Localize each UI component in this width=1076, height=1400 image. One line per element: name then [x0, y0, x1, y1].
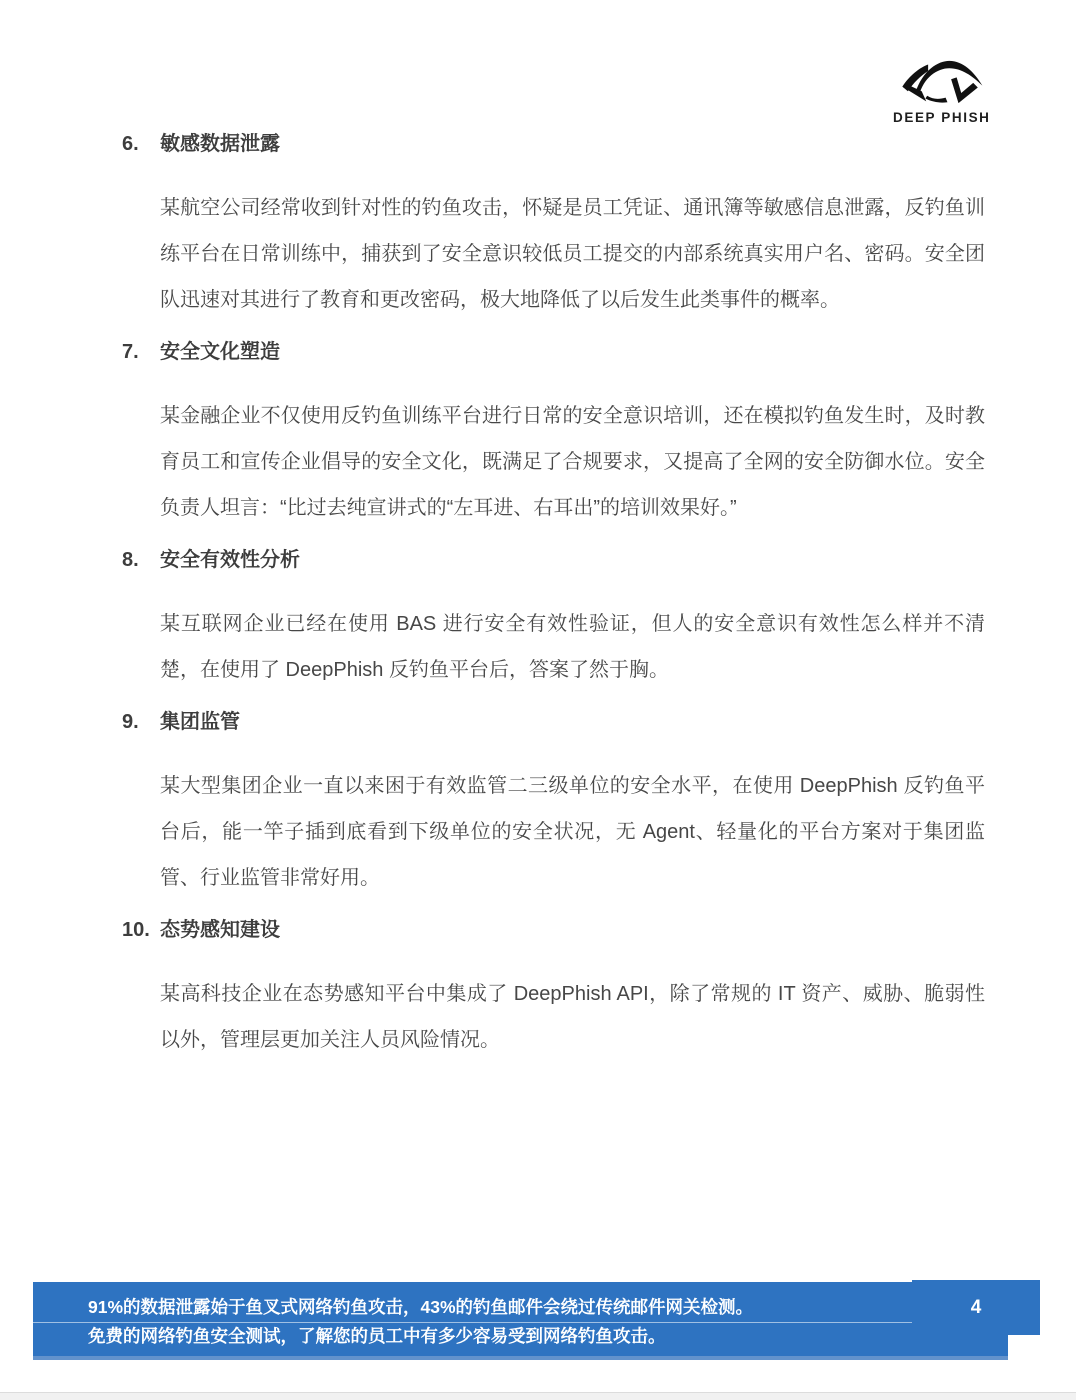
- section-heading: 7. 安全文化塑造: [122, 338, 985, 366]
- section-paragraph: 某大型集团企业一直以来困于有效监管二三级单位的安全水平，在使用 DeepPhis…: [160, 763, 985, 901]
- section-number: 10.: [122, 916, 160, 944]
- section-paragraph: 某金融企业不仅使用反钓鱼训练平台进行日常的安全意识培训，还在模拟钓鱼发生时，及时…: [160, 393, 985, 531]
- footer-text: 91%的数据泄露始于鱼叉式网络钓鱼攻击，43%的钓鱼邮件会绕过传统邮件网关检测。…: [33, 1282, 1008, 1351]
- section-group-supervision: 9. 集团监管 某大型集团企业一直以来困于有效监管二三级单位的安全水平，在使用 …: [122, 708, 985, 901]
- section-situational-awareness: 10. 态势感知建设 某高科技企业在态势感知平台中集成了 DeepPhish A…: [122, 916, 985, 1063]
- section-heading: 6. 敏感数据泄露: [122, 130, 985, 158]
- section-number: 8.: [122, 546, 160, 574]
- section-sensitive-data-leak: 6. 敏感数据泄露 某航空公司经常收到针对性的钓鱼攻击，怀疑是员工凭证、通讯簿等…: [122, 130, 985, 323]
- section-title: 敏感数据泄露: [160, 130, 280, 158]
- brand-name: DEEP PHISH: [893, 110, 989, 125]
- section-title: 态势感知建设: [160, 916, 280, 944]
- section-paragraph: 某互联网企业已经在使用 BAS 进行安全有效性验证，但人的安全意识有效性怎么样并…: [160, 601, 985, 693]
- brand-logo: DEEP PHISH: [893, 58, 989, 125]
- section-number: 9.: [122, 708, 160, 736]
- section-title: 安全文化塑造: [160, 338, 280, 366]
- document-body: 6. 敏感数据泄露 某航空公司经常收到针对性的钓鱼攻击，怀疑是员工凭证、通讯簿等…: [122, 130, 985, 1078]
- section-heading: 9. 集团监管: [122, 708, 985, 736]
- section-number: 7.: [122, 338, 160, 366]
- section-security-effectiveness: 8. 安全有效性分析 某互联网企业已经在使用 BAS 进行安全有效性验证，但人的…: [122, 546, 985, 693]
- footer-line-1: 91%的数据泄露始于鱼叉式网络钓鱼攻击，43%的钓鱼邮件会绕过传统邮件网关检测。: [88, 1293, 1008, 1322]
- page-number-badge: 4: [912, 1280, 1040, 1335]
- section-paragraph: 某航空公司经常收到针对性的钓鱼攻击，怀疑是员工凭证、通讯簿等敏感信息泄露，反钓鱼…: [160, 185, 985, 323]
- section-security-culture: 7. 安全文化塑造 某金融企业不仅使用反钓鱼训练平台进行日常的安全意识培训，还在…: [122, 338, 985, 531]
- footer-divider-line: [33, 1322, 912, 1323]
- section-paragraph: 某高科技企业在态势感知平台中集成了 DeepPhish API，除了常规的 IT…: [160, 971, 985, 1063]
- page-bottom-edge: [0, 1392, 1076, 1400]
- section-title: 集团监管: [160, 708, 240, 736]
- section-title: 安全有效性分析: [160, 546, 300, 574]
- footer-banner: 4 91%的数据泄露始于鱼叉式网络钓鱼攻击，43%的钓鱼邮件会绕过传统邮件网关检…: [33, 1282, 1008, 1360]
- page-number: 4: [971, 1297, 982, 1319]
- section-heading: 8. 安全有效性分析: [122, 546, 985, 574]
- section-number: 6.: [122, 130, 160, 158]
- fish-logo-icon: [893, 58, 989, 106]
- footer-line-2: 免费的网络钓鱼安全测试，了解您的员工中有多少容易受到网络钓鱼攻击。: [88, 1322, 1008, 1351]
- section-heading: 10. 态势感知建设: [122, 916, 985, 944]
